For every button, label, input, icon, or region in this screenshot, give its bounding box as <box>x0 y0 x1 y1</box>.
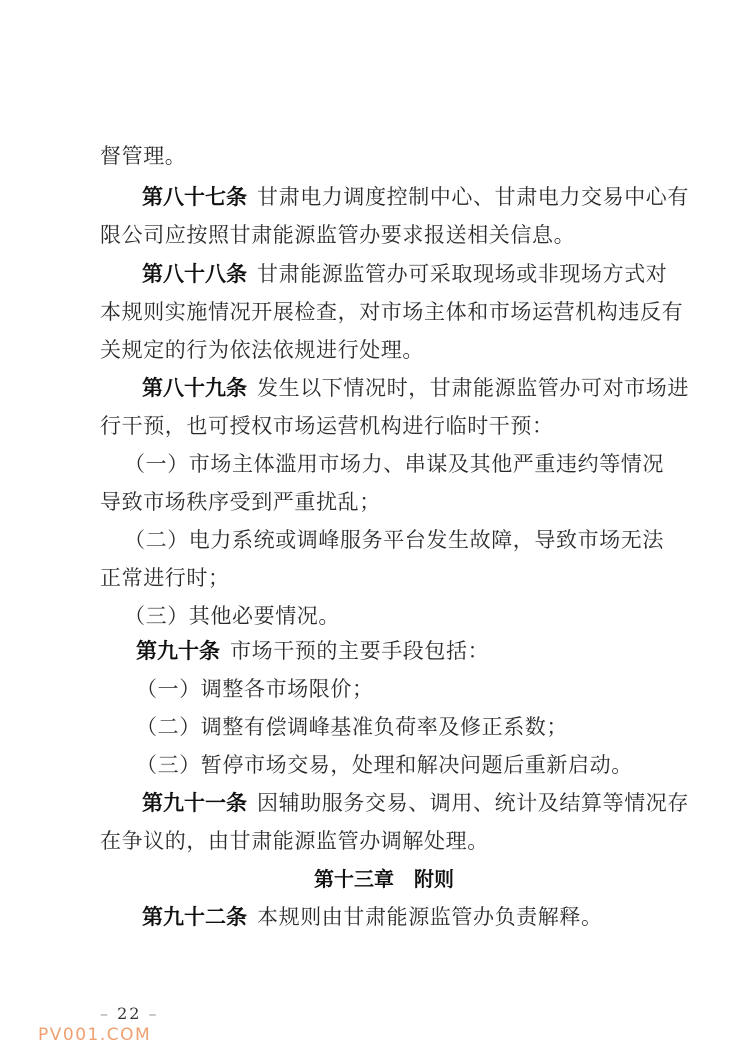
article-label: 第八十七条 <box>142 185 247 209</box>
text-line: 限公司应按照甘肃能源监管办要求报送相关信息。 <box>100 221 575 249</box>
line-text: 市场干预的主要手段包括： <box>230 639 489 663</box>
article-label: 第八十八条 <box>142 262 247 286</box>
line-text: 本规则由甘肃能源监管办负责解释。 <box>257 905 603 929</box>
article-91: 第九十一条因辅助服务交易、调用、统计及结算等情况存 <box>142 789 689 817</box>
line-text: 行干预，也可授权市场运营机构进行临时干预： <box>100 414 554 438</box>
line-text: 甘肃电力调度控制中心、甘肃电力交易中心有 <box>257 185 689 209</box>
list-item: （三）暂停市场交易，处理和解决问题后重新启动。 <box>136 751 633 779</box>
dash-left: – <box>100 1004 110 1023</box>
list-item: （二）电力系统或调峰服务平台发生故障，导致市场无法 <box>124 526 664 554</box>
line-text: 因辅助服务交易、调用、统计及结算等情况存 <box>257 791 689 815</box>
line-text: 甘肃能源监管办可采取现场或非现场方式对 <box>257 262 667 286</box>
line-text: 督管理。 <box>100 144 186 168</box>
article-label: 第九十条 <box>136 639 220 663</box>
article-label: 第九十二条 <box>142 905 247 929</box>
text-line: 正常进行时； <box>100 564 230 592</box>
line-text: 关规定的行为依法依规进行处理。 <box>100 338 424 362</box>
list-item: （一）市场主体滥用市场力、串谋及其他严重违约等情况 <box>124 450 664 478</box>
line-text: （三）其他必要情况。 <box>124 604 340 628</box>
text-line: 关规定的行为依法依规进行处理。 <box>100 336 424 364</box>
list-item: （一）调整各市场限价； <box>136 675 374 703</box>
article-87: 第八十七条甘肃电力调度控制中心、甘肃电力交易中心有 <box>142 183 689 211</box>
line-text: （一）调整各市场限价； <box>136 677 374 701</box>
line-text: （三）暂停市场交易，处理和解决问题后重新启动。 <box>136 753 633 777</box>
text-line: 本规则实施情况开展检查，对市场主体和市场运营机构违反有 <box>100 298 683 326</box>
article-label: 第九十一条 <box>142 791 247 815</box>
list-item: （二）调整有偿调峰基准负荷率及修正系数； <box>136 713 568 741</box>
text-line: 在争议的，由甘肃能源监管办调解处理。 <box>100 827 489 855</box>
line-text: 正常进行时； <box>100 566 230 590</box>
page-number: – 22 – <box>100 1004 159 1023</box>
watermark: PV001.COM <box>38 1025 151 1045</box>
line-text: 发生以下情况时，甘肃能源监管办可对市场进 <box>257 376 689 400</box>
line-text: 在争议的，由甘肃能源监管办调解处理。 <box>100 829 489 853</box>
text-line: 行干预，也可授权市场运营机构进行临时干预： <box>100 412 554 440</box>
list-item: （三）其他必要情况。 <box>124 602 340 630</box>
line-text: 限公司应按照甘肃能源监管办要求报送相关信息。 <box>100 223 575 247</box>
article-89: 第八十九条发生以下情况时，甘肃能源监管办可对市场进 <box>142 374 689 402</box>
article-92: 第九十二条本规则由甘肃能源监管办负责解释。 <box>142 903 603 931</box>
chapter-heading: 第十三章 附则 <box>0 865 750 893</box>
text-line: 导致市场秩序受到严重扰乱； <box>100 488 381 516</box>
page-number-value: 22 <box>117 1004 141 1023</box>
line-text: （二）电力系统或调峰服务平台发生故障，导致市场无法 <box>124 528 664 552</box>
article-90: 第九十条市场干预的主要手段包括： <box>136 637 489 665</box>
line-text: （二）调整有偿调峰基准负荷率及修正系数； <box>136 715 568 739</box>
text-line: 督管理。 <box>100 142 186 170</box>
line-text: （一）市场主体滥用市场力、串谋及其他严重违约等情况 <box>124 452 664 476</box>
line-text: 导致市场秩序受到严重扰乱； <box>100 490 381 514</box>
dash-right: – <box>149 1004 159 1023</box>
article-label: 第八十九条 <box>142 376 247 400</box>
line-text: 本规则实施情况开展检查，对市场主体和市场运营机构违反有 <box>100 300 683 324</box>
article-88: 第八十八条甘肃能源监管办可采取现场或非现场方式对 <box>142 260 667 288</box>
